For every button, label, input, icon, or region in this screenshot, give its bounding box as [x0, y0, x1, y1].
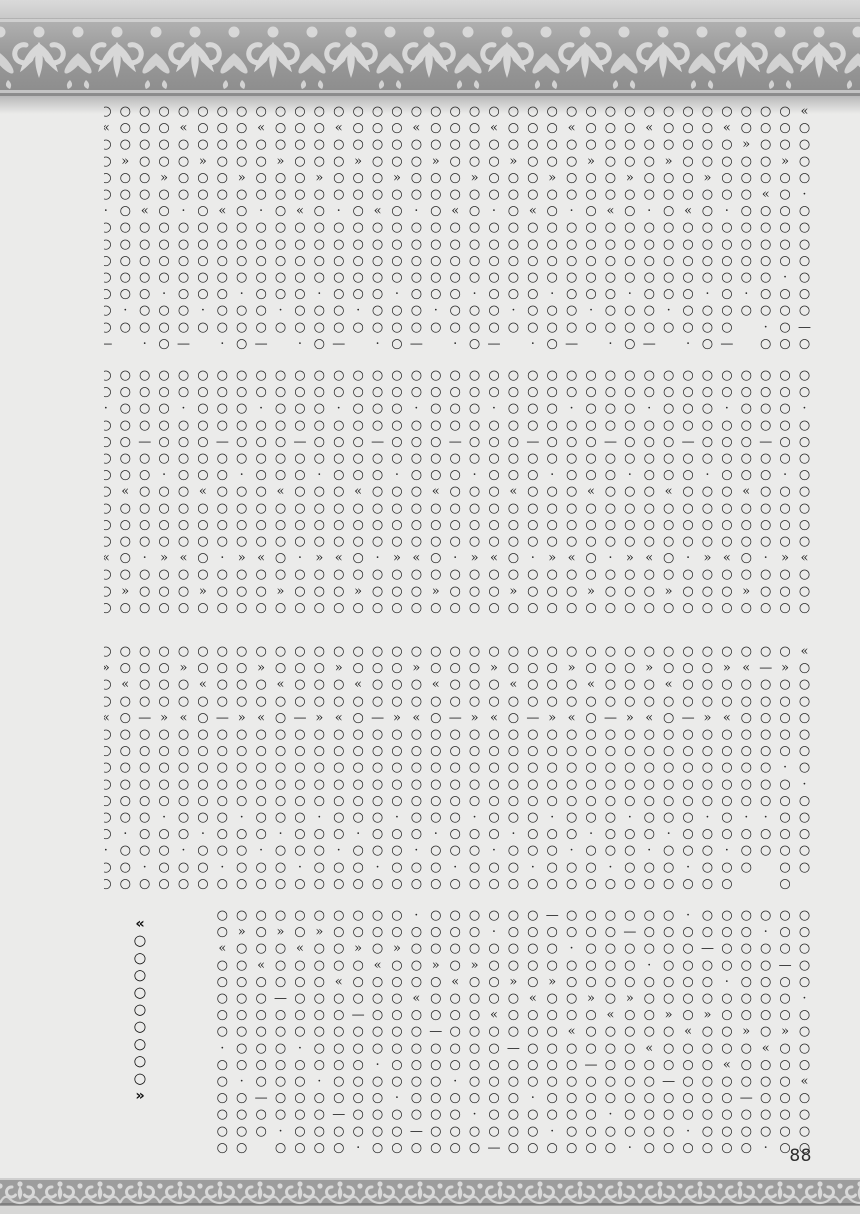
- text-row-4: ○○○○○·○○○○«○○○○○○○—○○○»○○○○○○○○·○○○○○○«○…: [212, 908, 814, 1166]
- text-row-1: «○○○○·○○○○○○○—○○○○»○○○○○○·○○○○○○○○○«○○○○…: [104, 104, 814, 362]
- page-bottom-edge: [0, 1206, 860, 1214]
- bottom-ornamental-border: [0, 1178, 860, 1206]
- text-row-3: «○○○○○○○·○○○○○○»○○○○○·○○○○○○○○—○○○○○○○○·…: [104, 644, 814, 902]
- page-number: 88: [789, 1146, 812, 1166]
- text-row-2: ○○·○○○○○○○○«○○○○○○○○○·○○○○»○○○○○○○—○○○○○…: [104, 368, 814, 626]
- top-ornamental-border: [0, 18, 860, 96]
- section-heading: «○○○○○○○○○»: [130, 916, 150, 1166]
- page-top-edge: [0, 0, 860, 18]
